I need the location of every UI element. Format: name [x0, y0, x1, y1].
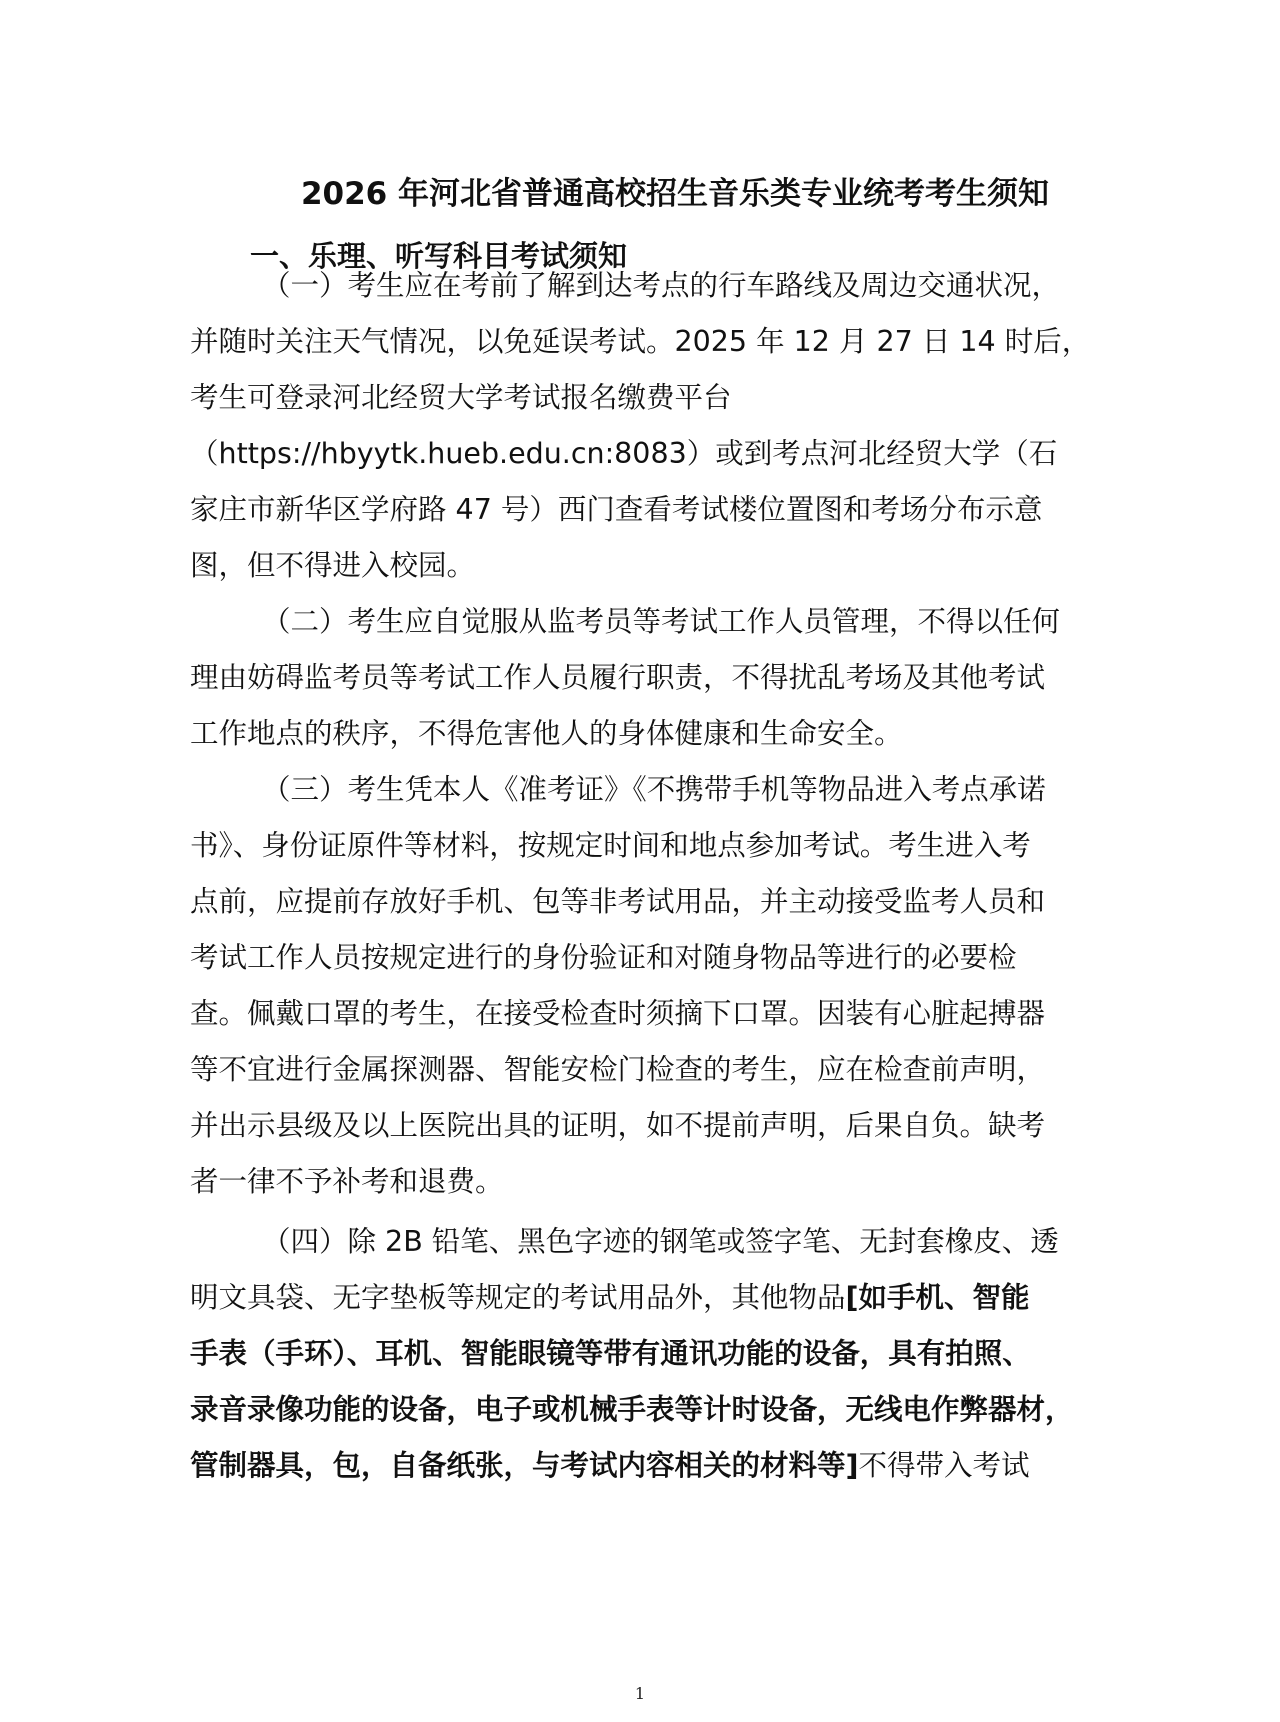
text-normal: （四）除 2B 铅笔、黑色字迹的钢笔或签字笔、无封套橡皮、透	[262, 1225, 1059, 1258]
text-line: 明文具袋、无字垫板等规定的考试用品外，其他物品[如手机、智能	[190, 1278, 1030, 1318]
text-line: 考试工作人员按规定进行的身份验证和对随身物品等进行的必要检	[190, 938, 1017, 978]
text-line: 管制器具，包，自备纸张，与考试内容相关的材料等]不得带入考试	[190, 1446, 1030, 1486]
text-line-bold: 录音录像功能的设备，电子或机械手表等计时设备，无线电作弊器材，	[190, 1390, 1074, 1430]
text-line: （二）考生应自觉服从监考员等考试工作人员管理，不得以任何	[262, 602, 1060, 642]
text-normal: 不得带入考试	[859, 1449, 1030, 1482]
text-line: （一）考生应在考前了解到达考点的行车路线及周边交通状况，	[262, 266, 1060, 306]
text-line: 点前，应提前存放好手机、包等非考试用品，并主动接受监考人员和	[190, 882, 1045, 922]
text-bold-emphasis: [如手机、智能	[846, 1281, 1030, 1314]
text-line: 图，但不得进入校园。	[190, 546, 475, 586]
text-line: 工作地点的秩序，不得危害他人的身体健康和生命安全。	[190, 714, 903, 754]
document-page: 2026 年河北省普通高校招生音乐类专业统考考生须知 一、乐理、听写科目考试须知…	[0, 0, 1280, 1722]
text-line-with-url: （https://hbyytk.hueb.edu.cn:8083）或到考点河北经…	[190, 434, 1057, 474]
text-line: 并随时关注天气情况，以免延误考试。2025 年 12 月 27 日 14 时后，	[190, 322, 1090, 362]
text-line: 书》、身份证原件等材料，按规定时间和地点参加考试。考生进入考	[190, 826, 1031, 866]
document-title: 2026 年河北省普通高校招生音乐类专业统考考生须知	[0, 168, 1280, 213]
text-line: 查。佩戴口罩的考生，在接受检查时须摘下口罩。因装有心脏起搏器	[190, 994, 1045, 1034]
text-normal: 明文具袋、无字垫板等规定的考试用品外，其他物品	[190, 1281, 846, 1314]
text-line: 理由妨碍监考员等考试工作人员履行职责，不得扰乱考场及其他考试	[190, 658, 1045, 698]
text-line: 者一律不予补考和退费。	[190, 1162, 504, 1202]
page-number: 1	[0, 1684, 1280, 1703]
text-line: 家庄市新华区学府路 47 号）西门查看考试楼位置图和考场分布示意	[190, 490, 1042, 530]
text-line-bold: 手表（手环）、耳机、智能眼镜等带有通讯功能的设备，具有拍照、	[190, 1334, 1031, 1374]
text-bold-emphasis: 管制器具，包，自备纸张，与考试内容相关的材料等]	[190, 1449, 859, 1482]
text-line: 等不宜进行金属探测器、智能安检门检查的考生，应在检查前声明，	[190, 1050, 1045, 1090]
text-line: 考生可登录河北经贸大学考试报名缴费平台	[190, 378, 732, 418]
text-line: （四）除 2B 铅笔、黑色字迹的钢笔或签字笔、无封套橡皮、透	[262, 1222, 1059, 1262]
text-line: 并出示县级及以上医院出具的证明，如不提前声明，后果自负。缺考	[190, 1106, 1045, 1146]
text-line: （三）考生凭本人《准考证》《不携带手机等物品进入考点承诺	[262, 770, 1046, 810]
